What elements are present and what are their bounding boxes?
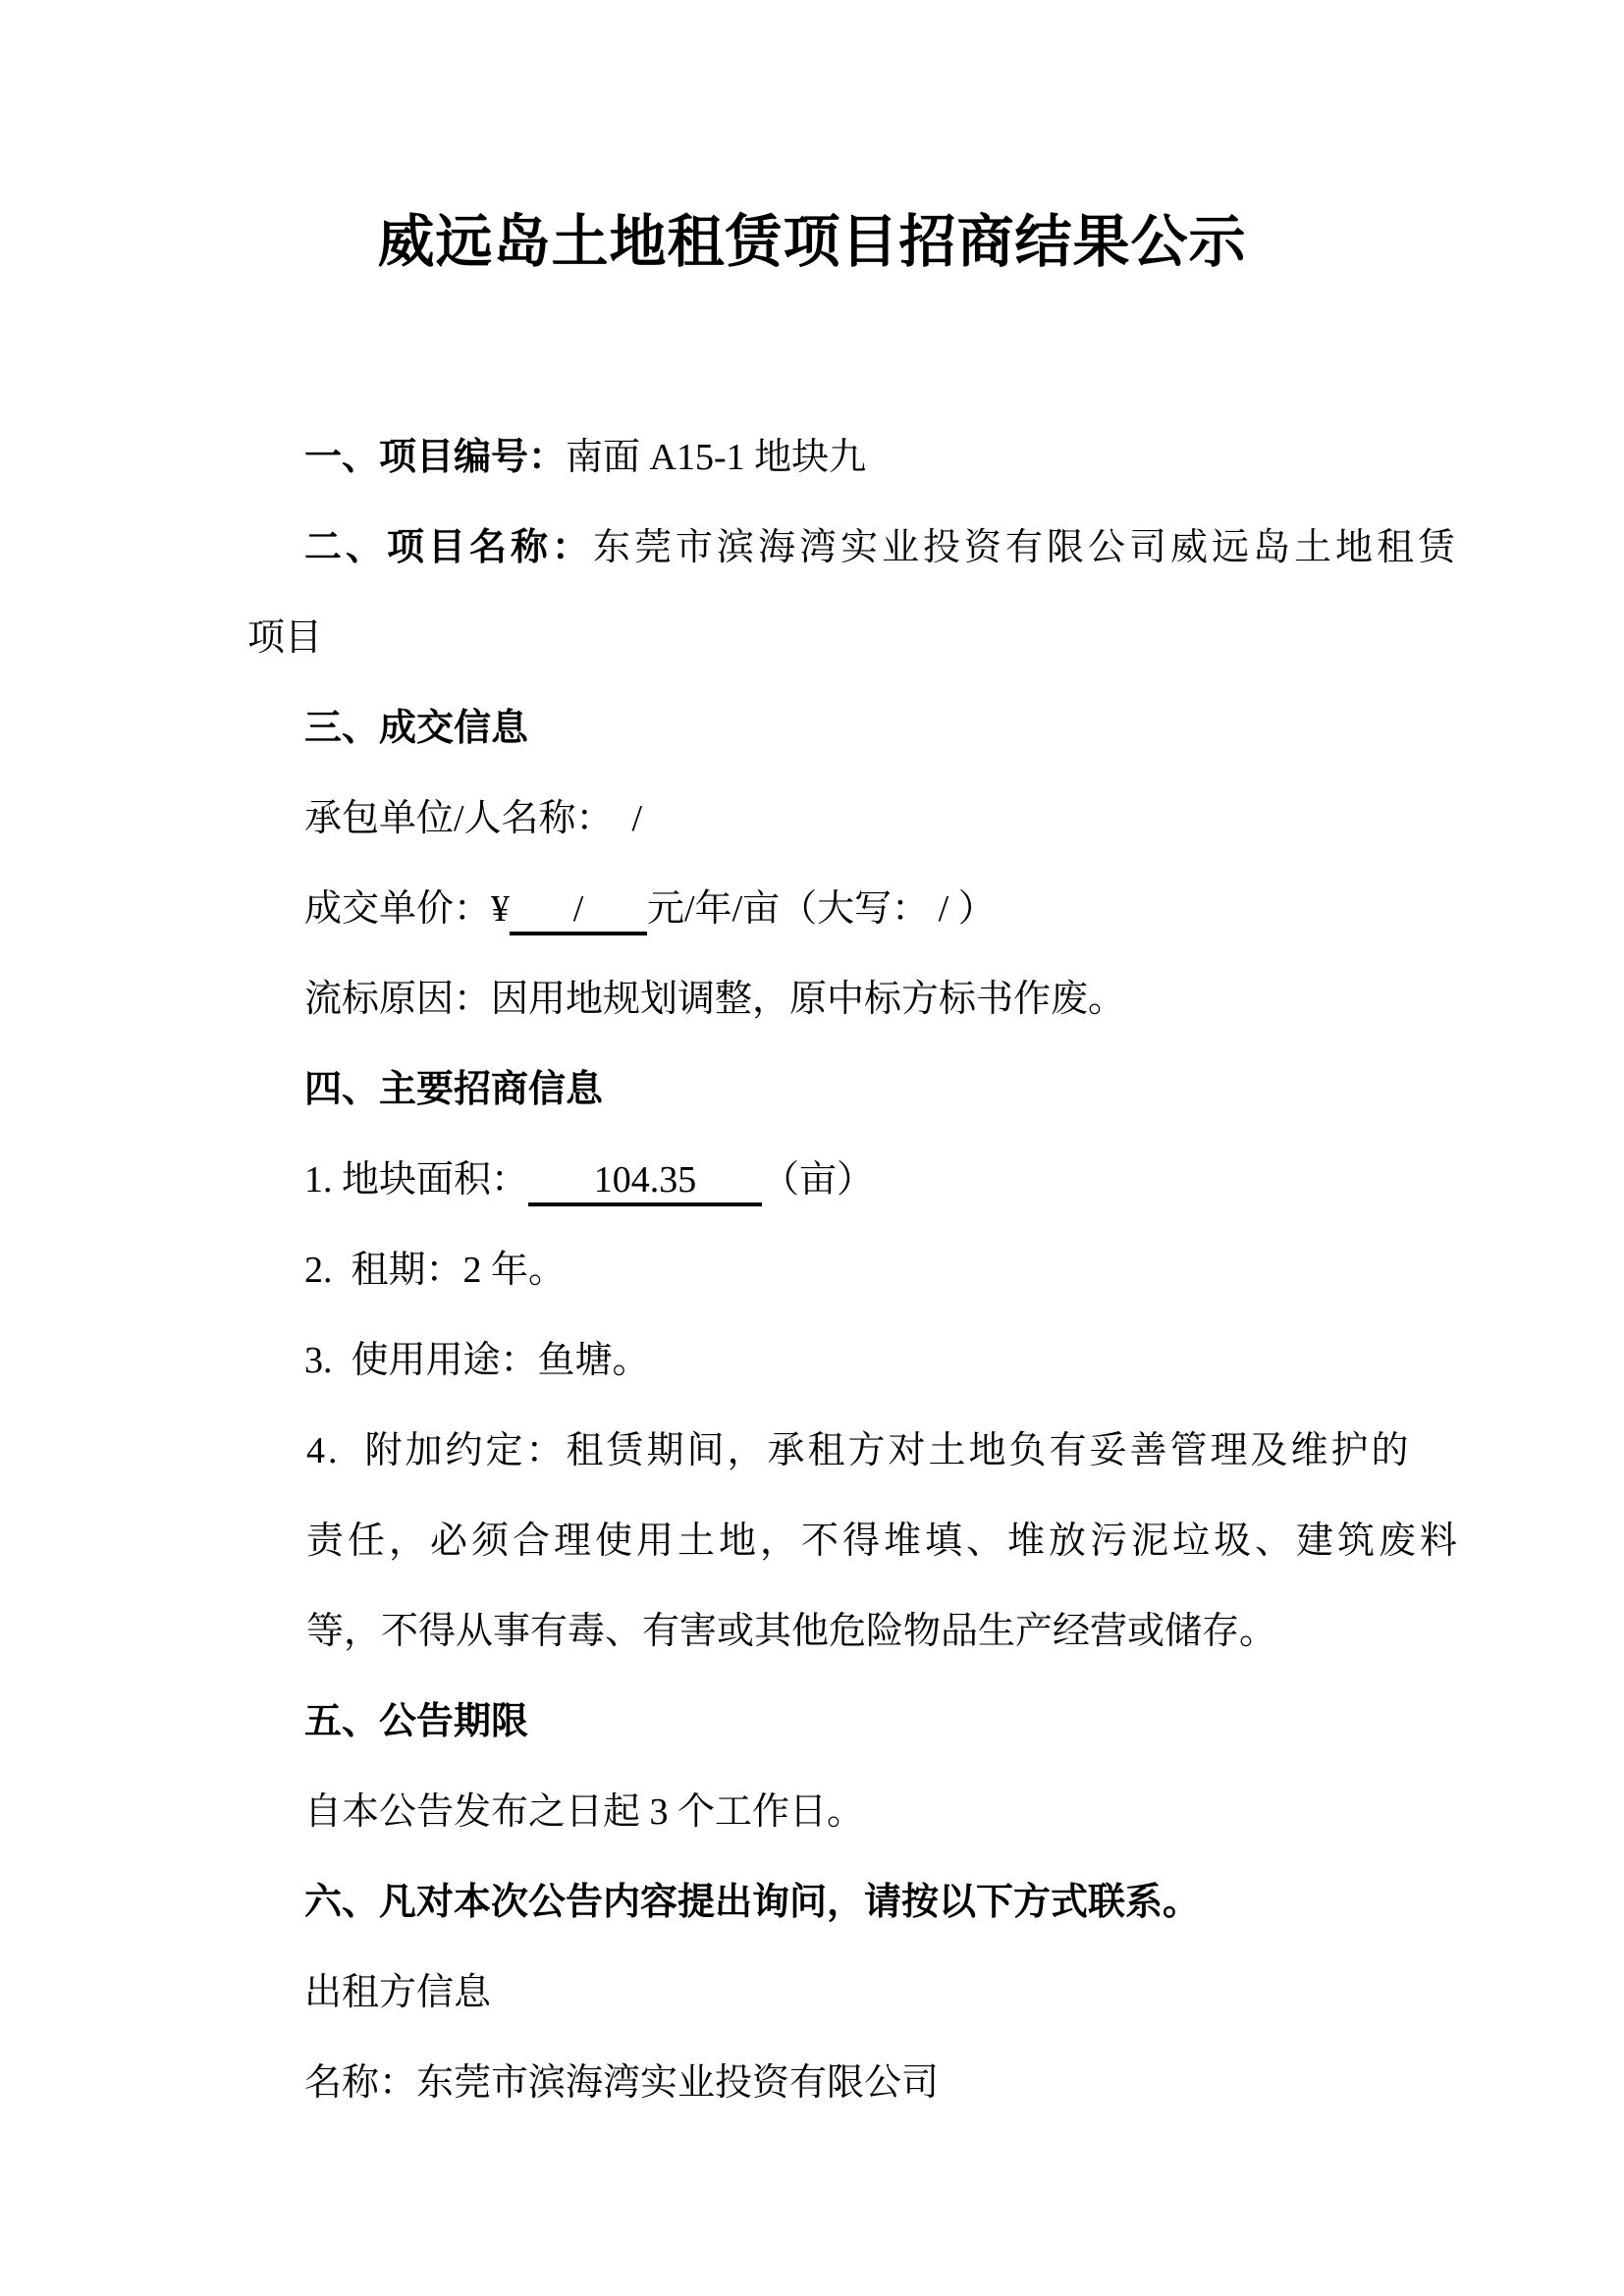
line-usage: 3. 使用用途：鱼塘。 xyxy=(247,1315,1463,1406)
line-plot-area: 1. 地块面积：104.35（亩） xyxy=(247,1135,1463,1225)
line-additional-terms-3: 等，不得从事有毒、有害或其他危险物品生产经营或储存。 xyxy=(247,1586,1463,1677)
document-page: 威远岛土地租赁项目招商结果公示 一、项目编号：南面 A15-1 地块九 二、项目… xyxy=(0,0,1624,2296)
line-notice-period-content: 自本公告发布之日起 3 个工作日。 xyxy=(247,1767,1463,1857)
project-name-value-line2: 项目 xyxy=(247,617,322,659)
line-additional-terms-2: 责任，必须合理使用土地，不得堆填、堆放污泥垃圾、建筑废料 xyxy=(247,1496,1463,1586)
document-body: 一、项目编号：南面 A15-1 地块九 二、项目名称：东莞市滨海湾实业投资有限公… xyxy=(247,412,1463,2128)
heading-deal-info: 三、成交信息 xyxy=(247,683,1463,774)
line-lessor-name: 名称：东莞市滨海湾实业投资有限公司 xyxy=(247,2038,1463,2128)
line-project-name: 二、项目名称：东莞市滨海湾实业投资有限公司威远岛土地租赁 xyxy=(247,503,1463,593)
line-project-number: 一、项目编号：南面 A15-1 地块九 xyxy=(247,412,1463,503)
plot-area-value-field: 104.35 xyxy=(528,1157,762,1206)
project-name-label: 二、项目名称： xyxy=(304,527,593,568)
deal-price-blank-field: / xyxy=(510,886,647,935)
line-deal-price: 成交单价：¥ / 元/年/亩（大写： / ） xyxy=(247,864,1463,954)
line-failure-reason: 流标原因：因用地规划调整，原中标方标书作废。 xyxy=(247,954,1463,1044)
heading-notice-period: 五、公告期限 xyxy=(247,1677,1463,1767)
line-project-name-wrap: 项目 xyxy=(247,593,1463,683)
heading-contact: 六、凡对本次公告内容提出询问，请按以下方式联系。 xyxy=(247,1857,1463,1948)
plot-area-prefix: 1. 地块面积： xyxy=(304,1159,528,1201)
project-number-label: 一、项目编号： xyxy=(304,437,566,478)
line-contractor: 承包单位/人名称： / xyxy=(247,774,1463,864)
project-number-value: 南面 A15-1 地块九 xyxy=(566,437,866,478)
line-lease-term: 2. 租期：2 年。 xyxy=(247,1225,1463,1315)
line-additional-terms-1: 4. 附加约定：租赁期间，承租方对土地负有妥善管理及维护的 xyxy=(247,1406,1463,1496)
line-lessor-info-label: 出租方信息 xyxy=(247,1948,1463,2038)
deal-price-suffix: 元/年/亩（大写： / ） xyxy=(647,888,996,930)
project-name-value-line1: 东莞市滨海湾实业投资有限公司威远岛土地租赁 xyxy=(593,527,1459,568)
plot-area-suffix: （亩） xyxy=(762,1159,874,1201)
deal-price-prefix: 成交单价：¥ xyxy=(304,888,510,930)
heading-main-info: 四、主要招商信息 xyxy=(247,1044,1463,1135)
document-title: 威远岛土地租赁项目招商结果公示 xyxy=(0,201,1624,284)
